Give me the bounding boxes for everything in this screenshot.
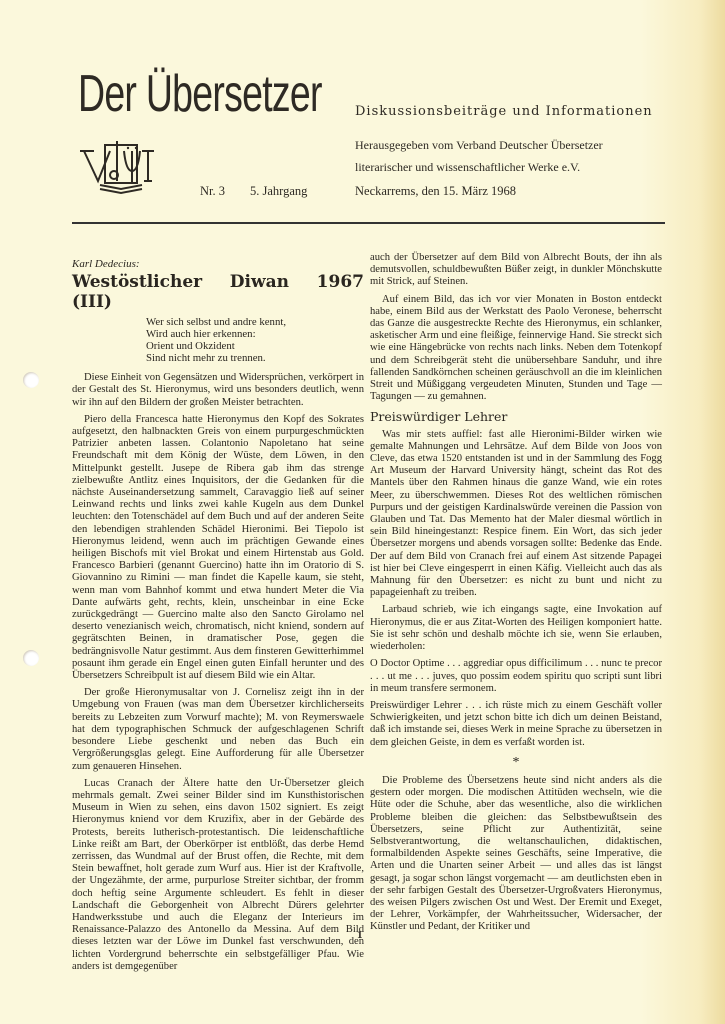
- masthead-tagline: Diskussionsbeiträge und Informationen: [355, 104, 653, 119]
- section-heading: Preiswürdiger Lehrer: [370, 411, 662, 423]
- paragraph: Larbaud schrieb, wie ich eingangs sagte,…: [370, 604, 662, 653]
- punch-hole: [23, 650, 39, 666]
- issue-number: Nr. 3: [200, 184, 225, 199]
- motto-line: Wer sich selbst und andre kennt,: [146, 316, 364, 328]
- motto-line: Sind nicht mehr zu trennen.: [146, 352, 364, 364]
- motto-verse: Wer sich selbst und andre kennt, Wird au…: [146, 316, 364, 364]
- masthead-divider: [280, 222, 665, 224]
- paragraph: Lucas Cranach der Ältere hatte den Ur-Üb…: [72, 778, 364, 973]
- vdue-logo-icon: [78, 137, 156, 199]
- publisher-line: literarischer und wissenschaftlicher Wer…: [355, 156, 603, 178]
- paragraph: Auf einem Bild, das ich vor vier Monaten…: [370, 294, 662, 404]
- motto-line: Orient und Okzident: [146, 340, 364, 352]
- paragraph: Was mir stets auffiel: fast alle Hieroni…: [370, 429, 662, 600]
- paragraph: Die Probleme des Übersetzens heute sind …: [370, 775, 662, 934]
- latin-quote: O Doctor Optime . . . aggrediar opus dif…: [370, 658, 662, 695]
- masthead-title: Der Übersetzer: [78, 68, 322, 120]
- paragraph: Diese Einheit von Gegensätzen und Widers…: [72, 372, 364, 409]
- place-date: Neckarrems, den 15. März 1968: [355, 184, 516, 199]
- translated-quote: Preiswürdiger Lehrer . . . ich rüste mic…: [370, 700, 662, 749]
- volume: 5. Jahrgang: [250, 184, 307, 199]
- article-author: Karl Dedecius:: [72, 258, 364, 270]
- left-column: Karl Dedecius: Westöstlicher Diwan 1967 …: [72, 258, 364, 978]
- section-separator: *: [370, 757, 662, 769]
- right-column: auch der Übersetzer auf dem Bild von Alb…: [370, 252, 662, 939]
- paragraph: Der große Hieronymusaltar von J. Corneli…: [72, 687, 364, 772]
- page-number: 1: [357, 929, 363, 941]
- punch-hole: [23, 372, 39, 388]
- paragraph: Piero della Francesca hatte Hieronymus d…: [72, 414, 364, 682]
- article-title: Westöstlicher Diwan 1967 (III): [72, 272, 364, 312]
- paragraph: auch der Übersetzer auf dem Bild von Alb…: [370, 252, 662, 289]
- publisher-line: Herausgegeben vom Verband Deutscher Über…: [355, 134, 603, 156]
- publisher-info: Herausgegeben vom Verband Deutscher Über…: [355, 134, 603, 178]
- motto-line: Wird auch hier erkennen:: [146, 328, 364, 340]
